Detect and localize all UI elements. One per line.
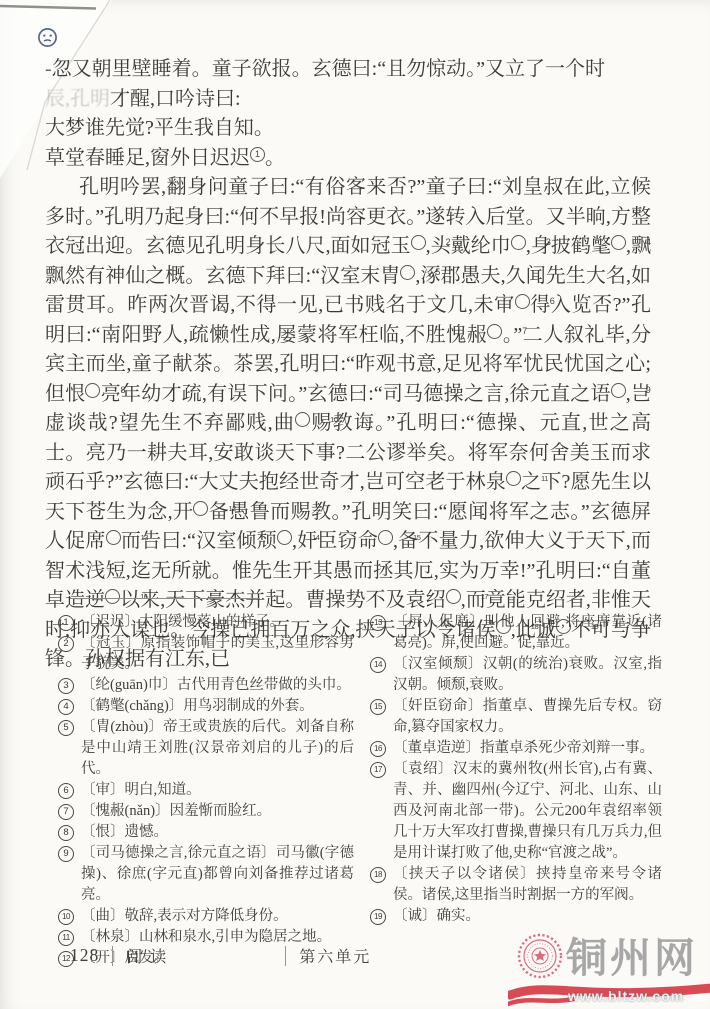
body-line-1: 忽又朝里壁睡着。童子欲报。玄德曰:“且勿惊动。”又立了一个时 bbox=[52, 58, 605, 80]
footnote-text: 〔愧赧(nǎn)〕因羞惭而脸红。 bbox=[81, 803, 271, 819]
footer-divider bbox=[285, 946, 286, 966]
footnote-number: 19 bbox=[370, 909, 386, 925]
footnote-number: 3 bbox=[58, 678, 74, 694]
footnote-item: 17〔袁绍〕汉末的冀州牧(州长官),占有冀、青、并、幽四州(今辽宁、河北、山东、… bbox=[370, 759, 662, 864]
footnote-number: 16 bbox=[370, 741, 386, 757]
note-ref-4: 4 bbox=[611, 235, 626, 250]
footnote-number: 13 bbox=[370, 615, 386, 631]
footnote-text: 〔冠玉〕原指装饰帽子的美玉,这里形容男子貌美。 bbox=[81, 635, 354, 672]
crease-mark: - bbox=[45, 58, 52, 80]
poem-line-1: 大梦谁先觉?平生我自知。 bbox=[45, 114, 651, 144]
watermark-url: www.bltzw.com bbox=[568, 988, 684, 1004]
footnotes-right-column: 13〔屏人促席〕叫他人回避,将座席靠近(诸葛亮)。屏,使回避。促,靠近。14〔汉… bbox=[370, 612, 662, 969]
footnote-item: 9〔司马德操之言,徐元直之语〕司马徽(字德操)、徐庶(字元直)都曾向刘备推荐过诸… bbox=[58, 843, 354, 906]
note-ref-6: 6 bbox=[515, 294, 530, 309]
footnote-number: 10 bbox=[58, 909, 74, 925]
footnote-item: 1〔迟迟〕太阳缓慢落山的样子。 bbox=[58, 612, 354, 633]
note-ref-12: 12 bbox=[193, 501, 208, 516]
footnote-number: 2 bbox=[58, 636, 74, 652]
footnote-text: 〔屏人促席〕叫他人回避,将座席靠近(诸葛亮)。屏,使回避。促,靠近。 bbox=[393, 614, 662, 651]
footnote-text: 〔纶(guān)巾〕古代用青色丝带做的头巾。 bbox=[81, 677, 351, 693]
note-ref-1: 1 bbox=[250, 147, 265, 162]
note-ref-13: 13 bbox=[106, 530, 121, 545]
footnote-text: 〔挟天子以令诸侯〕挟持皇帝来号令诸侯。诸侯,这里指当时割据一方的军阀。 bbox=[393, 866, 662, 903]
note-ref-7: 7 bbox=[487, 324, 502, 339]
footnote-text: 〔奸臣窃命〕指董卓、曹操先后专权。窃命,篡夺国家权力。 bbox=[393, 698, 662, 735]
footnote-item: 18〔挟天子以令诸侯〕挟持皇帝来号令诸侯。诸侯,这里指当时割据一方的军阀。 bbox=[370, 864, 662, 906]
page-footer: 128 阅 读 第六单元 bbox=[70, 944, 371, 967]
footnote-text: 〔审〕明白,知道。 bbox=[81, 782, 201, 798]
note-ref-16: 16 bbox=[105, 589, 120, 604]
footnote-text: 〔董卓造逆〕指董卓杀死少帝刘辩一事。 bbox=[393, 740, 654, 756]
footer-section-label: 阅 读 bbox=[126, 944, 168, 967]
footnote-text: 〔袁绍〕汉末的冀州牧(州长官),占有冀、青、并、幽四州(今辽宁、河北、山东、山西… bbox=[393, 761, 662, 861]
footnote-item: 16〔董卓造逆〕指董卓杀死少帝刘辩一事。 bbox=[370, 738, 662, 759]
main-paragraph: 孔明吟罢,翻身问童子曰:“有俗客来否?”童子曰:“刘皇叔在此,立候多时。”孔明乃… bbox=[45, 173, 651, 675]
note-ref-8: 8 bbox=[85, 383, 100, 398]
faded-text: 辰,孔明 bbox=[45, 88, 110, 110]
body-line-continuation: -忽又朝里壁睡着。童子欲报。玄德曰:“且勿惊动。”又立了一个时 bbox=[45, 55, 651, 85]
note-ref-5: 5 bbox=[400, 265, 415, 280]
footnote-item: 3〔纶(guān)巾〕古代用青色丝带做的头巾。 bbox=[58, 675, 354, 696]
footnote-item: 13〔屏人促席〕叫他人回避,将座席靠近(诸葛亮)。屏,使回避。促,靠近。 bbox=[370, 612, 662, 654]
footnote-number: 1 bbox=[58, 615, 74, 631]
smiley-stamp-icon bbox=[37, 27, 58, 48]
footnote-number: 8 bbox=[58, 825, 74, 841]
footnote-text: 〔林泉〕山林和泉水,引申为隐居之地。 bbox=[81, 929, 331, 945]
main-text-block: -忽又朝里壁睡着。童子欲报。玄德曰:“且勿惊动。”又立了一个时 辰,孔明才醒,口… bbox=[45, 55, 651, 675]
watermark: 铜州网 www.bltzw.com bbox=[514, 919, 710, 1007]
footer-divider bbox=[112, 946, 113, 966]
footnote-number: 9 bbox=[58, 846, 74, 862]
note-ref-2: 2 bbox=[411, 235, 426, 250]
footnote-item: 6〔审〕明白,知道。 bbox=[58, 780, 354, 801]
footnote-item: 10〔曲〕敬辞,表示对方降低身份。 bbox=[58, 906, 354, 927]
footnote-text: 〔汉室倾颓〕汉朝(的统治)衰败。汉室,指汉朝。倾颓,衰败。 bbox=[393, 656, 662, 693]
footnote-text: 〔恨〕遗憾。 bbox=[81, 824, 168, 840]
note-ref-3: 3 bbox=[511, 235, 526, 250]
page-number: 128 bbox=[70, 945, 99, 966]
poem-line-2: 草堂春睡足,窗外日迟迟1。 bbox=[45, 144, 651, 174]
footnote-separator bbox=[70, 598, 260, 599]
footnote-item: 14〔汉室倾颓〕汉朝(的统治)衰败。汉室,指汉朝。倾颓,衰败。 bbox=[370, 654, 662, 696]
footnote-text: 〔司马德操之言,徐元直之语〕司马徽(字德操)、徐庶(字元直)都曾向刘备推荐过诸葛… bbox=[81, 845, 354, 903]
note-ref-17: 17 bbox=[446, 589, 461, 604]
footnote-number: 14 bbox=[370, 657, 386, 673]
footnote-text: 〔鹤氅(chǎng)〕用鸟羽制成的外套。 bbox=[81, 698, 314, 714]
footnote-number: 5 bbox=[58, 720, 74, 736]
note-ref-14: 14 bbox=[277, 530, 292, 545]
note-ref-9: 9 bbox=[611, 383, 626, 398]
note-ref-10: 10 bbox=[295, 412, 310, 427]
footnote-text: 〔迟迟〕太阳缓慢落山的样子。 bbox=[81, 614, 284, 630]
footnote-number: 6 bbox=[58, 783, 74, 799]
footnote-item: 4〔鹤氅(chǎng)〕用鸟羽制成的外套。 bbox=[58, 696, 354, 717]
body-line-2: 辰,孔明才醒,口吟诗曰: bbox=[45, 85, 651, 115]
footnote-number: 4 bbox=[58, 699, 74, 715]
footnote-item: 2〔冠玉〕原指装饰帽子的美玉,这里形容男子貌美。 bbox=[58, 633, 354, 675]
footnote-text: 〔诚〕确实。 bbox=[393, 908, 480, 924]
footnote-number: 7 bbox=[58, 804, 74, 820]
footer-unit-label: 第六单元 bbox=[299, 944, 371, 967]
note-ref-15: 15 bbox=[378, 530, 393, 545]
footnote-number: 15 bbox=[370, 699, 386, 715]
note-ref-11: 11 bbox=[506, 471, 521, 486]
scanned-textbook-page: -忽又朝里壁睡着。童子欲报。玄德曰:“且勿惊动。”又立了一个时 辰,孔明才醒,口… bbox=[0, 0, 710, 1009]
footnotes-left-column: 1〔迟迟〕太阳缓慢落山的样子。2〔冠玉〕原指装饰帽子的美玉,这里形容男子貌美。3… bbox=[58, 612, 354, 969]
footnotes-section: 1〔迟迟〕太阳缓慢落山的样子。2〔冠玉〕原指装饰帽子的美玉,这里形容男子貌美。3… bbox=[58, 612, 662, 969]
footnote-number: 18 bbox=[370, 867, 386, 883]
page-edge-line bbox=[0, 6, 96, 9]
footnote-number: 17 bbox=[370, 762, 386, 778]
footnote-text: 〔胄(zhòu)〕帝王或贵族的后代。刘备自称是中山靖王刘胜(汉景帝刘启的儿子)的… bbox=[81, 719, 354, 777]
footnote-item: 8〔恨〕遗憾。 bbox=[58, 822, 354, 843]
footnote-item: 5〔胄(zhòu)〕帝王或贵族的后代。刘备自称是中山靖王刘胜(汉景帝刘启的儿子)… bbox=[58, 717, 354, 780]
footnote-text: 〔曲〕敬辞,表示对方降低身份。 bbox=[81, 908, 288, 924]
footnote-item: 7〔愧赧(nǎn)〕因羞惭而脸红。 bbox=[58, 801, 354, 822]
footnote-item: 15〔奸臣窃命〕指董卓、曹操先后专权。窃命,篡夺国家权力。 bbox=[370, 696, 662, 738]
